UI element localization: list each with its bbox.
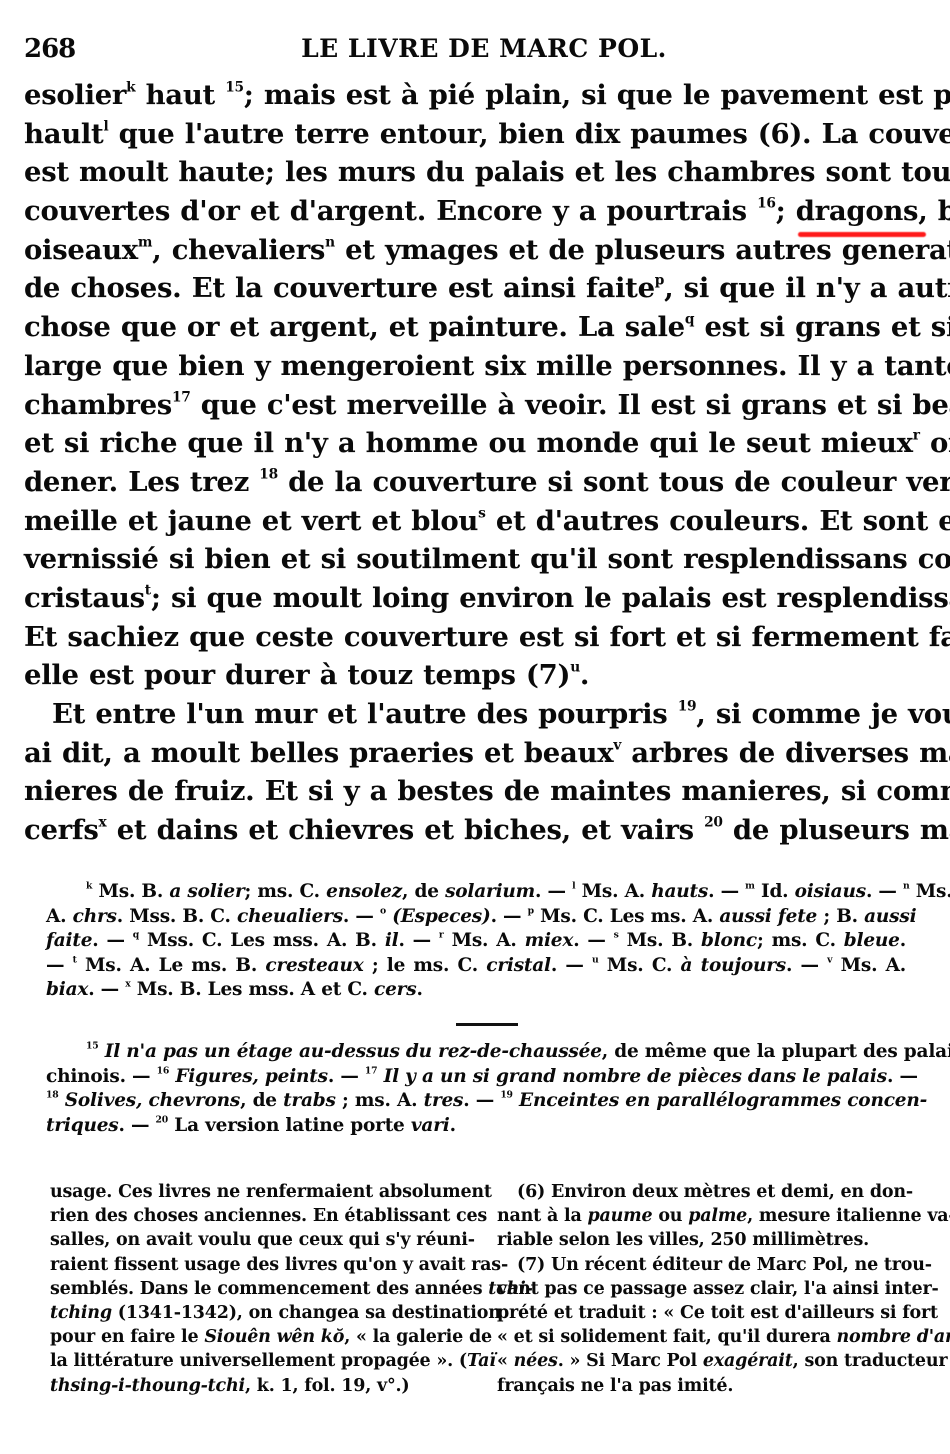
footnote-marker: k [126,80,135,96]
main-text-line: chambres17 que c'est merveille à veoir. … [24,386,906,425]
main-text-line: de choses. Et la couverture est ainsi fa… [24,269,906,308]
commentary-left-column: usage. Ces livres ne renfermaient absolu… [50,1180,460,1398]
explanatory-footnote-line: triques. — 20 La version latine porte va… [46,1114,906,1139]
explanatory-footnotes: 15 Il n'a pas un étage au-dessus du rez-… [46,1040,906,1138]
highlighted-word: dragons [796,192,918,231]
main-text-line: est moult haute; les murs du palais et l… [24,153,906,192]
footnote-marker: r [913,428,920,444]
footnote-marker: 20 [704,815,723,831]
footnote-marker: l [103,118,108,134]
main-text-line: dener. Les trez 18 de la couverture si s… [24,463,906,502]
footnote-marker: 18 [259,467,278,483]
commentary-line: pour en faire le Siouên wên kŏ, « la gal… [50,1325,460,1349]
main-text-line: esolierk haut 15; mais est à pié plain, … [24,76,906,115]
main-text: esolierk haut 15; mais est à pié plain, … [24,76,906,850]
footnote-marker: s [478,505,485,521]
commentary-line: raient fissent usage des livres qu'on y … [50,1253,460,1277]
main-text-line: cristaust; si que moult loing environ le… [24,579,906,618]
commentary-line: semblés. Dans le commencement des années… [50,1277,460,1301]
main-text-line: chose que or et argent, et painture. La … [24,308,906,347]
footnote-marker: 19 [678,699,697,715]
variant-footnote-line: — t Ms. A. Le ms. B. cresteaux ; le ms. … [46,954,906,979]
commentary-line: vant pas ce passage assez clair, l'a ain… [497,1277,905,1301]
main-text-line: meille et jaune et vert et blous et d'au… [24,502,906,541]
commentary-line: « et si solidement fait, qu'il durera no… [497,1325,905,1349]
main-text-line: Et entre l'un mur et l'autre des pourpri… [24,695,906,734]
commentary-line: tching (1341-1342), on changea sa destin… [50,1301,460,1325]
footnote-marker: m [138,234,152,250]
footnote-marker: n [325,234,335,250]
commentary-right-column: (6) Environ deux mètres et demi, en don-… [497,1180,905,1398]
running-head: 268 LE LIVRE DE MARC POL. [24,34,904,74]
footnote-marker: x [99,815,107,831]
main-text-line: couvertes d'or et d'argent. Encore y a p… [24,192,906,231]
red-underline-annotation [798,232,926,237]
footnote-marker: p [655,273,664,289]
footnote-separator-rule [456,1023,518,1026]
variant-footnote-line: biax. — x Ms. B. Les mss. A et C. cers. [46,978,906,1003]
footnote-marker: v [613,737,621,753]
commentary-line: la littérature universellement propagée … [50,1349,460,1373]
main-text-line: cerfsx et dains et chievres et biches, e… [24,811,906,850]
main-text-line: nieres de fruiz. Et si y a bestes de mai… [24,772,906,811]
main-text-line: Et sachiez que ceste couverture est si f… [24,618,906,657]
commentary-line: rien des choses anciennes. En établissan… [50,1204,460,1228]
footnote-marker: q [685,312,694,328]
explanatory-footnote-line: 18 Solives, chevrons, de trabs ; ms. A. … [46,1089,906,1114]
variant-readings-footnotes: k Ms. B. a solier; ms. C. ensolez, de so… [46,880,906,1003]
book-page: 268 LE LIVRE DE MARC POL. esolierk haut … [0,0,950,1454]
footnote-marker: 17 [172,389,191,405]
main-text-line: oiseauxm, chevaliersn et ymages et de pl… [24,231,906,270]
running-title: LE LIVRE DE MARC POL. [24,34,904,63]
commentary-line: usage. Ces livres ne renfermaient absolu… [50,1180,460,1204]
commentary-line: riable selon les villes, 250 millimètres… [497,1228,905,1252]
commentary-line: (6) Environ deux mètres et demi, en don- [497,1180,905,1204]
explanatory-footnote-line: chinois. — 16 Figures, peints. — 17 Il y… [46,1065,906,1090]
footnote-marker: 15 [225,80,244,96]
footnote-marker: u [570,660,580,676]
main-text-line: et si riche que il n'y a homme ou monde … [24,424,906,463]
main-text-line: elle est pour durer à touz temps (7)u. [24,656,906,695]
variant-footnote-line: A. chrs. Mss. B. C. cheualiers. — o (Esp… [46,905,906,930]
commentary-line: salles, on avait voulu que ceux qui s'y … [50,1228,460,1252]
commentary-line: thsing-i-thoung-tchi, k. 1, fol. 19, v°.… [50,1374,460,1398]
variant-footnote-line: k Ms. B. a solier; ms. C. ensolez, de so… [46,880,906,905]
commentary-line: (7) Un récent éditeur de Marc Pol, ne tr… [497,1253,905,1277]
commentary-line: « nées. » Si Marc Pol exagérait, son tra… [497,1349,905,1373]
footnote-marker: t [145,583,151,599]
footnote-marker: 16 [757,196,776,212]
main-text-line: haultl que l'autre terre entour, bien di… [24,115,906,154]
main-text-line: vernissié si bien et si soutilment qu'il… [24,540,906,579]
main-text-line: large que bien y mengeroient six mille p… [24,347,906,386]
commentary-line: nant à la paume ou palme, mesure italien… [497,1204,905,1228]
variant-footnote-line: faite. — q Mss. C. Les mss. A. B. il. — … [46,929,906,954]
commentary-line: français ne l'a pas imité. [497,1374,905,1398]
commentary-line: prété et traduit : « Ce toit est d'aille… [497,1301,905,1325]
explanatory-footnote-line: 15 Il n'a pas un étage au-dessus du rez-… [46,1040,906,1065]
main-text-line: ai dit, a moult belles praeries et beaux… [24,734,906,773]
